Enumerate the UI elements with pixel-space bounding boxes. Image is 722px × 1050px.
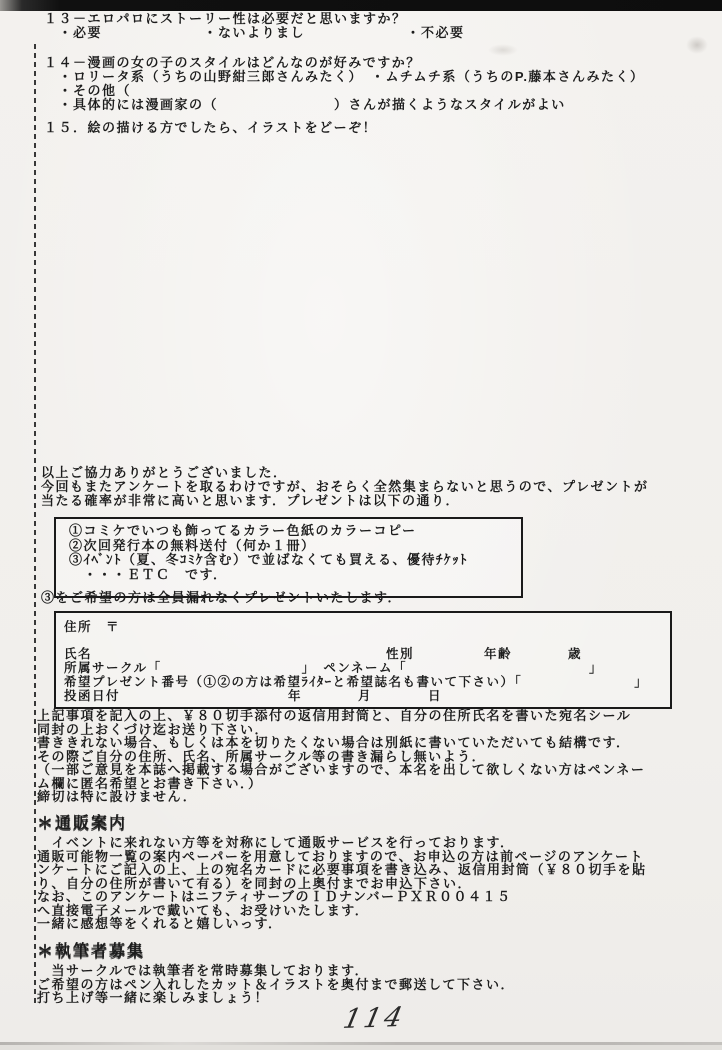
form-name-sex-age-field: 氏名 性別 年齢 歳 xyxy=(64,647,582,661)
top-scan-bar xyxy=(0,0,722,11)
thanks-line: 今回もまたアンケートを取るわけですが、おそらく全然集まらないと思うので、プレゼン… xyxy=(41,480,648,494)
scan-artifact xyxy=(686,36,708,54)
form-post-date-field: 投函日付 年 月 日 xyxy=(64,689,442,703)
thanks-paragraph: 以上ご協力ありがとうございました． 今回もまたアンケートを取るわけですが、おそら… xyxy=(41,466,648,508)
question-14-option-other: ・その他（ xyxy=(44,84,644,98)
mail-order-section: ＊通販案内 イベントに来れない方等を対称にして通販サービスを行っております． 通… xyxy=(37,814,647,931)
question-14-option-lolita: ・ロリータ系（うちの山野紺三郎さんみたく） ・ムチムチ系（うちのP.藤本さんみた… xyxy=(44,70,644,84)
prize-item-3: ③ｲﾍﾞﾝﾄ（夏、冬ｺﾐｹ含む）で並ばなくても買える、優待ﾁｹｯﾄ xyxy=(69,553,521,568)
form-circle-penname-field: 所属サークル「 」 ペンネーム「 」 xyxy=(64,661,603,675)
question-14-option-specific: ・具体的には漫画家の（ ）さんが描くようなスタイルがよい xyxy=(44,98,644,112)
margin-dashed-line xyxy=(34,44,36,1006)
writer-recruiting-line: ご希望の方はペン入れしたカット＆イラストを奥付まで郵送して下さい． xyxy=(37,978,515,992)
instruction-line: （一部ご意見を本誌へ掲載する場合がございますので、本名を出して欲しくない方はペン… xyxy=(37,763,645,777)
scanned-questionnaire-page: １３－エロパロにストーリー性は必要だと思いますか？ ・必要 ・ないよりまし ・不… xyxy=(0,0,722,1050)
mail-order-line: 通販可能物一覧の案内ペーパーを用意しておりますので、お申込の方は前ページのアンケ… xyxy=(37,850,647,864)
thanks-line: 以上ご協力ありがとうございました． xyxy=(41,466,648,480)
mail-order-line: へ直接電子メールで戴いても、お受けいたします． xyxy=(37,904,647,918)
writer-recruiting-line: 当サークルでは執筆者を常時募集しております． xyxy=(37,964,515,978)
question-13-title: １３－エロパロにストーリー性は必要だと思いますか？ xyxy=(44,12,644,26)
questions-section: １３－エロパロにストーリー性は必要だと思いますか？ ・必要 ・ないよりまし ・不… xyxy=(44,12,644,135)
prize-item-1: ①コミケでいつも飾ってるカラー色紙のカラーコピー xyxy=(69,524,521,539)
instruction-line: 書ききれない場合、もしくは本を切りたくない場合は別紙に書いていただいても結構です… xyxy=(37,736,645,750)
mail-order-line: り、自分の住所が書いて有る）を同封の上奥付までお申込下さい． xyxy=(37,877,647,891)
prize-list-box: ①コミケでいつも飾ってるカラー色紙のカラーコピー ②次回発行本の無料送付（何か１… xyxy=(54,517,523,598)
reader-form-box: 住所 〒 氏名 性別 年齢 歳 所属サークル「 」 ペンネーム「 」 希望プレゼ… xyxy=(54,611,672,709)
form-prize-number-field: 希望プレゼント番号（①②の方は希望ﾗｲﾀｰと希望誌名も書いて下さい）「 」 xyxy=(64,675,648,689)
instruction-line: 同封の上おくづけ迄お送り下さい． xyxy=(37,723,645,737)
writer-recruiting-line: 打ち上げ等一緒に楽しみましょう！ xyxy=(37,991,515,1005)
form-address-field: 住所 〒 xyxy=(64,620,120,634)
question-15-title: １５．絵の描ける方でしたら、イラストをどーぞ！ xyxy=(44,121,644,135)
question-14-title: １４－漫画の女の子のスタイルはどんなのが好みですか？ xyxy=(44,56,644,70)
thanks-line: 当たる確率が非常に高いと思います．プレゼントは以下の通り． xyxy=(41,494,648,508)
page-number: 114 xyxy=(340,1002,408,1035)
bottom-scan-band xyxy=(0,1045,722,1050)
instruction-line: 上記事項を記入の上、￥８０切手添付の返信用封筒と、自分の住所氏名を書いた宛名シー… xyxy=(37,709,645,723)
writer-recruiting-title: ＊執筆者募集 xyxy=(37,942,515,961)
instruction-line: ム欄に匿名希望とお書き下さい．） xyxy=(37,777,645,791)
instruction-line: その際ご自分の住所、氏名、所属サークル等の書き漏らし無いよう． xyxy=(37,750,645,764)
mail-order-line: なお、このアンケートはニフティサーブのＩＤナンバーＰＸＲ００４１５ xyxy=(37,890,647,904)
prize-note: ③をご希望の方は全員漏れなくプレゼントいたします． xyxy=(41,591,402,605)
prize-item-2: ②次回発行本の無料送付（何か１冊） xyxy=(69,539,521,554)
mail-order-line: ンケートにご記入の上、上の宛名カードに必要事項を書き込み、返信用封筒（￥８０切手… xyxy=(37,863,647,877)
question-13-options: ・必要 ・ないよりまし ・不必要 xyxy=(44,26,644,40)
instruction-line: 締切は特に設けません． xyxy=(37,790,645,804)
mail-order-title: ＊通販案内 xyxy=(37,814,647,833)
prize-item-etc: ・・・ＥＴＣ です． xyxy=(69,568,521,583)
mail-order-line: 一緒に感想等をくれると嬉しいっす． xyxy=(37,917,647,931)
writer-recruiting-section: ＊執筆者募集 当サークルでは執筆者を常時募集しております． ご希望の方はペン入れ… xyxy=(37,942,515,1005)
mail-order-line: イベントに来れない方等を対称にして通販サービスを行っております． xyxy=(37,836,647,850)
mailing-instructions: 上記事項を記入の上、￥８０切手添付の返信用封筒と、自分の住所氏名を書いた宛名シー… xyxy=(37,709,645,804)
